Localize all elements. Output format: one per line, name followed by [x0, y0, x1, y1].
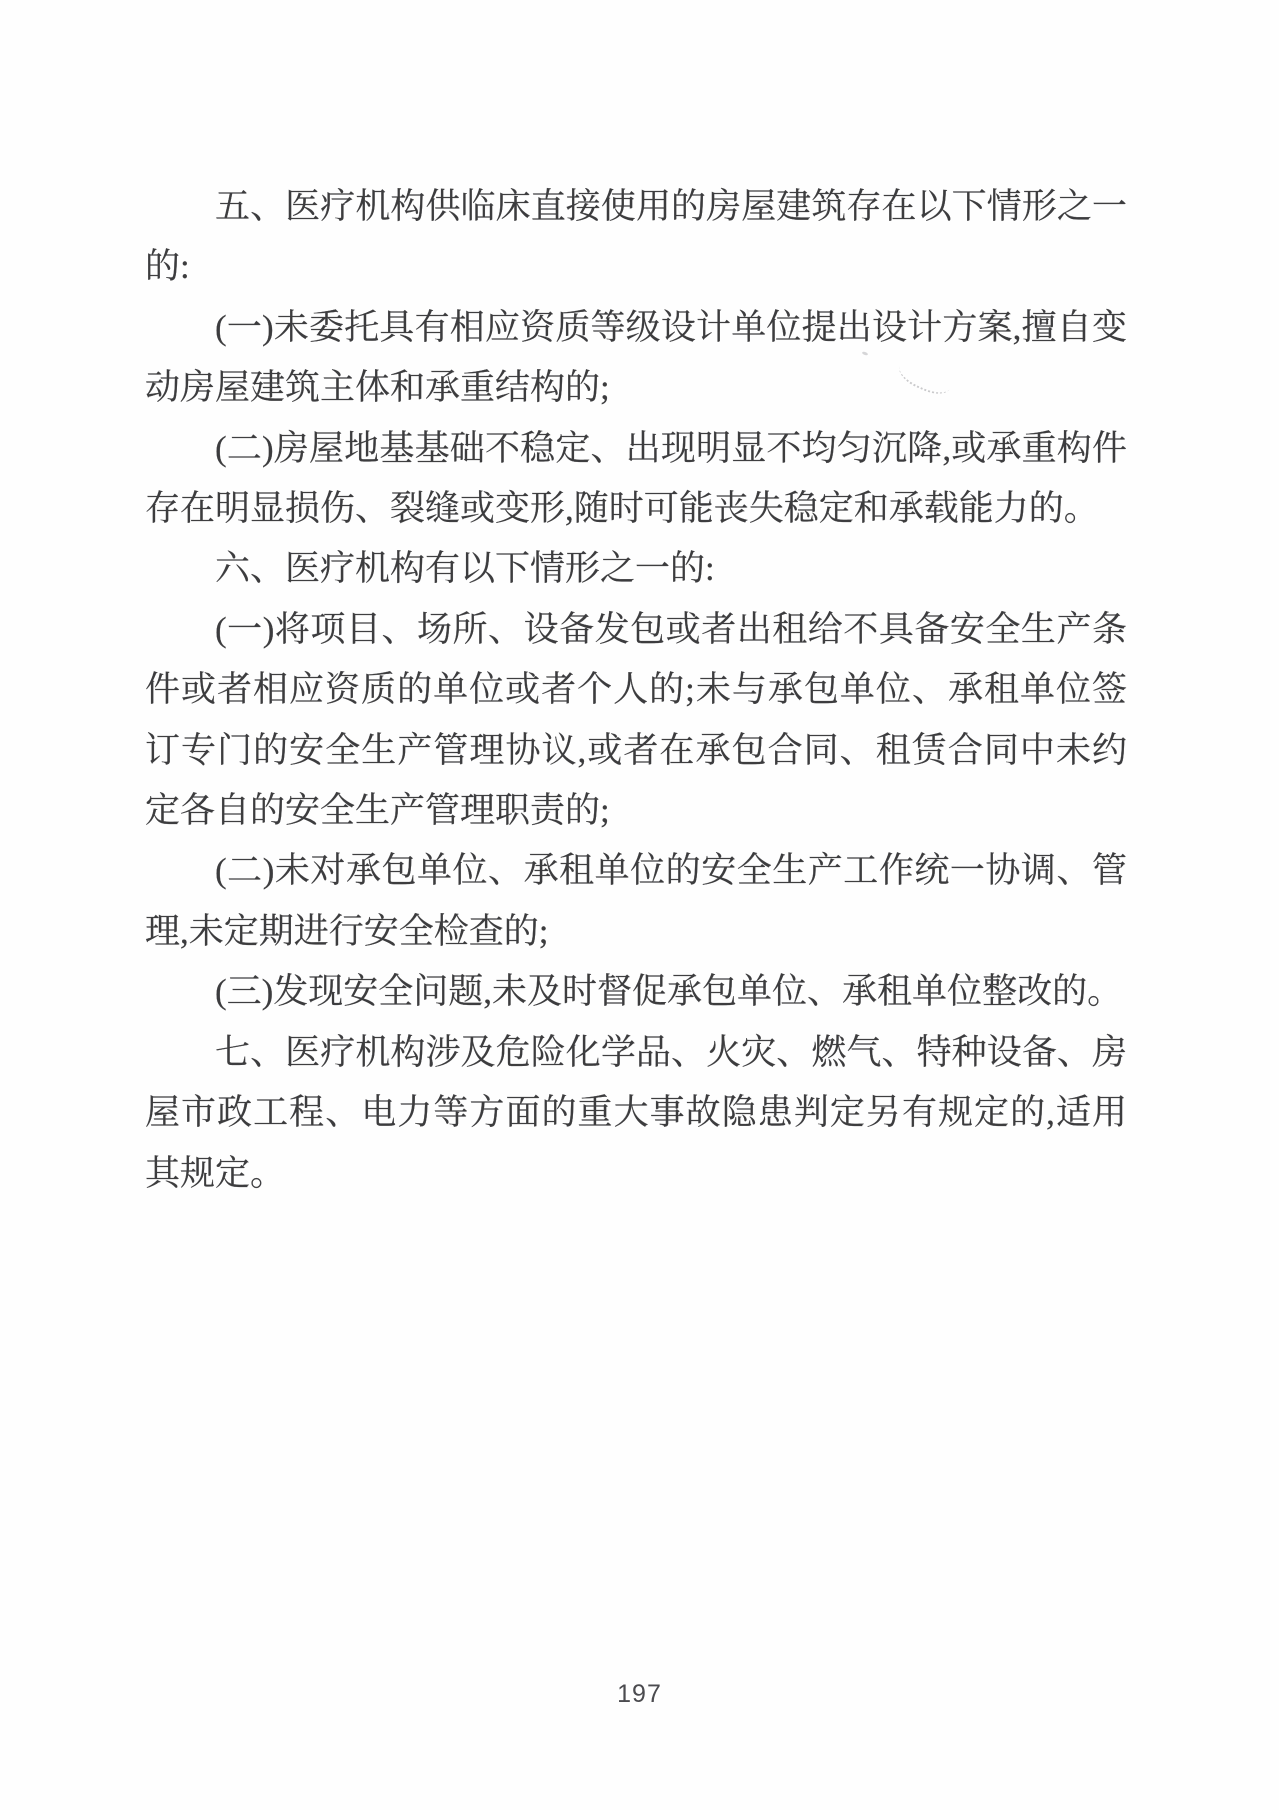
paragraph-item-5: 五、医疗机构供临床直接使用的房屋建筑存在以下情形之一的:: [145, 177, 1127, 298]
paragraph-item-6-1: (一)将项目、场所、设备发包或者出租给不具备安全生产条件或者相应资质的单位或者个…: [145, 600, 1127, 842]
paragraph-item-5-2: (二)房屋地基基础不稳定、出现明显不均匀沉降,或承重构件存在明显损伤、裂缝或变形…: [145, 419, 1127, 540]
document-text-block: 五、医疗机构供临床直接使用的房屋建筑存在以下情形之一的: (一)未委托具有相应资…: [145, 177, 1127, 1204]
paragraph-item-5-1: (一)未委托具有相应资质等级设计单位提出设计方案,擅自变动房屋建筑主体和承重结构…: [145, 298, 1127, 419]
paragraph-item-6: 六、医疗机构有以下情形之一的:: [145, 539, 1127, 599]
paragraph-item-6-2: (二)未对承包单位、承租单位的安全生产工作统一协调、管理,未定期进行安全检查的;: [145, 841, 1127, 962]
page-number: 197: [0, 1680, 1279, 1709]
scanned-page: 五、医疗机构供临床直接使用的房屋建筑存在以下情形之一的: (一)未委托具有相应资…: [0, 0, 1279, 1810]
paragraph-item-6-3: (三)发现安全问题,未及时督促承包单位、承租单位整改的。: [145, 962, 1127, 1022]
paragraph-item-7: 七、医疗机构涉及危险化学品、火灾、燃气、特种设备、房屋市政工程、电力等方面的重大…: [145, 1023, 1127, 1204]
